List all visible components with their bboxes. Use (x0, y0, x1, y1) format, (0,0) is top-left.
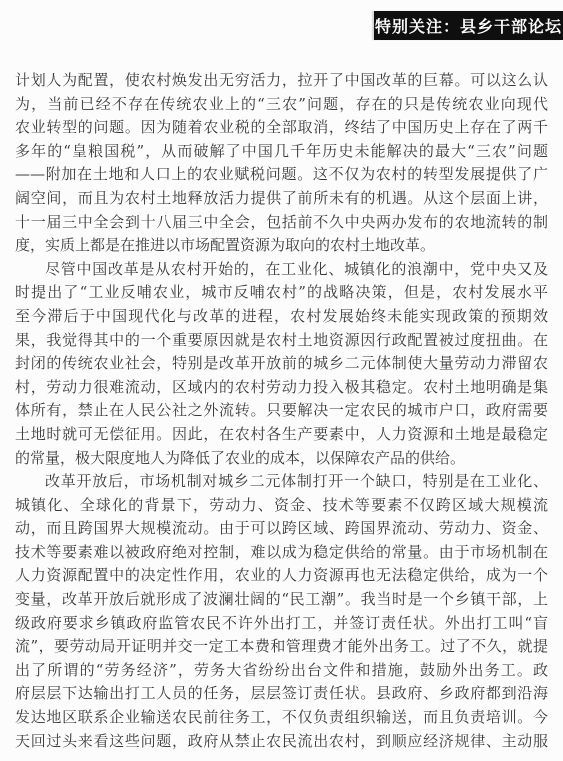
text-line-p2-l6: 村，劳动力很难流动，区域内的农村劳动力投入极其稳定。农村土地明确是集 (15, 376, 548, 400)
text-line-p2-l8: 土地时就可无偿征用。因此，在农村各生产要素中，人力资源和土地是最稳定 (15, 423, 548, 447)
text-line-p3-l3: 动，而且跨国界大规模流动。由于可以跨区域、跨国界流动、劳动力、资金、 (15, 517, 548, 541)
text-line-p1-l2: 为，当前已经不存在传统农业上的“三农”问题，存在的只是传统农业向现代 (15, 93, 548, 117)
text-line-p2-l5: 封闭的传统农业社会，特别是改革开放前的城乡二元体制使大量劳动力滞留农 (15, 352, 548, 376)
text-line-p3-l2: 城镇化、全球化的背景下，劳动力、资金、技术等要素不仅跨区域大规模流 (15, 494, 548, 518)
document-page: 特别关注：县乡干部论坛 计划人为配置，使农村焕发出无穷活力，拉开了中国改革的巨幕… (0, 0, 563, 761)
text-line-p3-l11: 发达地区联系企业输送农民前往务工，不仅负责组织输送，而且负责培训。今 (15, 706, 548, 730)
text-line-p2-l9: 的常量，极大限度地人为降低了农业的成本，以保障农产品的供给。 (15, 447, 548, 471)
text-line-p2-l7: 体所有，禁止在人民公社之外流转。只要解决一定农民的城市户口，政府需要 (15, 399, 548, 423)
text-line-p3-l6: 变量，改革开放后就形成了波澜壮阔的“民工潮”。我当时是一个乡镇干部，上 (15, 588, 548, 612)
text-line-p1-l4: 多年的“皇粮国税”，从而破解了中国几千年历史未能解决的最大“三农”问题 (15, 140, 548, 164)
text-line-p3-l8: 流”，要劳动局开证明并交一定工本费和管理费才能外出务工。过了不久，就提 (15, 635, 548, 659)
text-line-p2-l4: 果，我觉得其中的一个重要原因就是农村土地资源因行政配置被过度扭曲。在 (15, 329, 548, 353)
text-line-p3-l12: 天回过头来看这些问题，政府从禁止农民流出农村，到顺应经济规律、主动服 (15, 730, 548, 754)
text-line-p3-l10: 府层层下达输出打工人员的任务，层层签订责任状。县政府、乡政府都到沿海 (15, 682, 548, 706)
article-body: 计划人为配置，使农村焕发出无穷活力，拉开了中国改革的巨幕。可以这么认为，当前已经… (15, 69, 548, 753)
text-line-p1-l1: 计划人为配置，使农村焕发出无穷活力，拉开了中国改革的巨幕。可以这么认 (15, 69, 548, 93)
section-banner: 特别关注：县乡干部论坛 (374, 11, 563, 40)
text-line-p1-l6: 阔空间，而且为农村土地释放活力提供了前所未有的机遇。从这个层面上讲， (15, 187, 548, 211)
text-line-p1-l5: ——附加在土地和人口上的农业赋税问题。这不仅为农村的转型发展提供了广 (15, 163, 548, 187)
text-line-p1-l7: 十一届三中全会到十八届三中全会，包括前不久中央两办发布的农地流转的制 (15, 211, 548, 235)
text-line-p3-l1: 改革开放后，市场机制对城乡二元体制打开一个缺口，特别是在工业化、 (15, 470, 548, 494)
text-line-p2-l1: 尽管中国改革是从农村开始的，在工业化、城镇化的浪潮中，党中央又及 (15, 258, 548, 282)
text-line-p3-l5: 人力资源配置中的决定性作用，农业的人力资源再也无法稳定供给，成为一个 (15, 564, 548, 588)
text-line-p1-l3: 农业转型的问题。因为随着农业税的全部取消，终结了中国历史上存在了两千 (15, 116, 548, 140)
text-line-p2-l2: 时提出了“工业反哺农业，城市反哺农村”的战略决策，但是，农村发展水平 (15, 281, 548, 305)
text-line-p3-l4: 技术等要素难以被政府绝对控制，难以成为稳定供给的常量。由于市场机制在 (15, 541, 548, 565)
section-banner-label: 特别关注：县乡干部论坛 (375, 14, 562, 37)
text-line-p3-l7: 级政府要求乡镇政府监管农民不许外出打工，并签订责任状。外出打工叫“盲 (15, 612, 548, 636)
text-line-p2-l3: 至今滞后于中国现代化与改革的进程，农村发展始终未能实现政策的预期效 (15, 305, 548, 329)
text-line-p1-l8: 度，实质上都是在推进以市场配置资源为取向的农村土地改革。 (15, 234, 548, 258)
text-line-p3-l9: 出了所谓的“劳务经济”，劳务大省纷纷出台文件和措施，鼓励外出务工。政 (15, 659, 548, 683)
